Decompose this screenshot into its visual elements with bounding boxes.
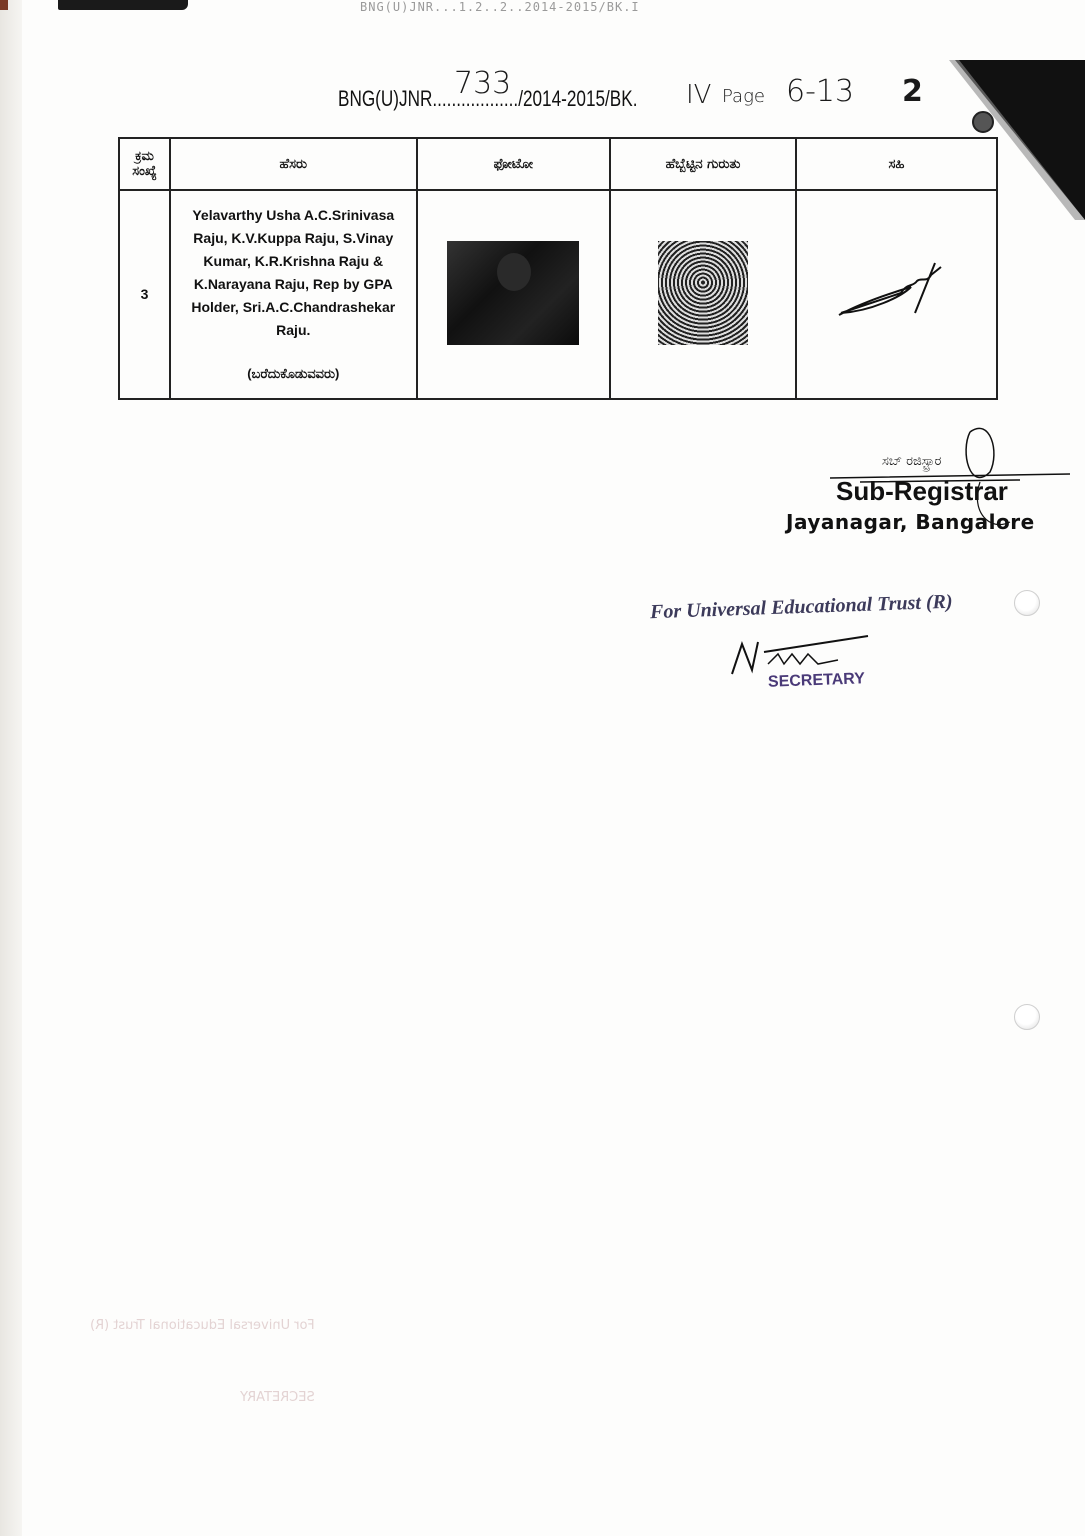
signature-cell bbox=[796, 190, 997, 399]
ref-prefix: BNG(U)JNR bbox=[338, 86, 432, 111]
table-row: 3 Yelavarthy Usha A.C.Srinivasa Raju, K.… bbox=[119, 190, 997, 399]
secretary-designation: SECRETARY bbox=[768, 670, 865, 691]
page-label: Page bbox=[722, 86, 765, 107]
table-header-row: ಕ್ರಮ ಸಂಖ್ಯೆ ಹೆಸರು ಫೋಟೋ ಹೆಬ್ಬೆಟ್ಟಿನ ಗುರುತ… bbox=[119, 138, 997, 190]
binder-edge bbox=[0, 0, 8, 10]
handwritten-book-number: IV bbox=[686, 80, 711, 110]
person-photo bbox=[447, 241, 579, 345]
header-signature: ಸಹಿ bbox=[796, 138, 997, 190]
punch-hole bbox=[1014, 590, 1040, 616]
registrar-title: Sub-Registrar bbox=[836, 476, 1008, 507]
header-name: ಹೆಸರು bbox=[170, 138, 417, 190]
name-cell: Yelavarthy Usha A.C.Srinivasa Raju, K.V.… bbox=[170, 190, 417, 399]
header-thumbprint: ಹೆಬ್ಬೆಟ್ಟಿನ ಗುರುತು bbox=[610, 138, 796, 190]
handwritten-mark: 2 bbox=[902, 74, 923, 109]
binder-tab bbox=[58, 0, 188, 10]
punch-hole bbox=[1014, 1004, 1040, 1030]
serial-number: 3 bbox=[135, 286, 155, 302]
executant-table: ಕ್ರಮ ಸಂಖ್ಯೆ ಹೆಸರು ಫೋಟೋ ಹೆಬ್ಬೆಟ್ಟಿನ ಗುರುತ… bbox=[118, 137, 998, 400]
bleed-through-secretary: SECRETARY bbox=[240, 1390, 315, 1405]
header-serial: ಕ್ರಮ ಸಂಖ್ಯೆ bbox=[119, 138, 170, 190]
signature-icon bbox=[831, 253, 961, 333]
thumbprint-image bbox=[658, 241, 748, 345]
bleed-through-trust: For Universal Educational Trust (R) bbox=[90, 1318, 315, 1333]
thumbprint-cell bbox=[610, 190, 796, 399]
registrar-kannada-title: ಸಬ್ ರಜಿಸ್ಟ್ರಾರ bbox=[882, 454, 941, 469]
previous-page-ref: BNG(U)JNR...1.2..2..2014-2015/BK.I bbox=[360, 0, 640, 14]
registrar-office: Jayanagar, Bangalore bbox=[786, 510, 1035, 534]
header-photo: ಫೋಟೋ bbox=[417, 138, 610, 190]
executant-role: (ಬರೆದುಕೊಡುವವರು) bbox=[178, 362, 409, 385]
ref-year-book: /2014-2015/BK. bbox=[518, 86, 637, 111]
photo-cell bbox=[417, 190, 610, 399]
serial-cell: 3 bbox=[119, 190, 170, 399]
handwritten-doc-number: 733 bbox=[454, 66, 511, 101]
handwritten-page-range: 6-13 bbox=[786, 74, 854, 109]
executant-names: Yelavarthy Usha A.C.Srinivasa Raju, K.V.… bbox=[191, 207, 395, 338]
page-edge bbox=[0, 0, 22, 1536]
